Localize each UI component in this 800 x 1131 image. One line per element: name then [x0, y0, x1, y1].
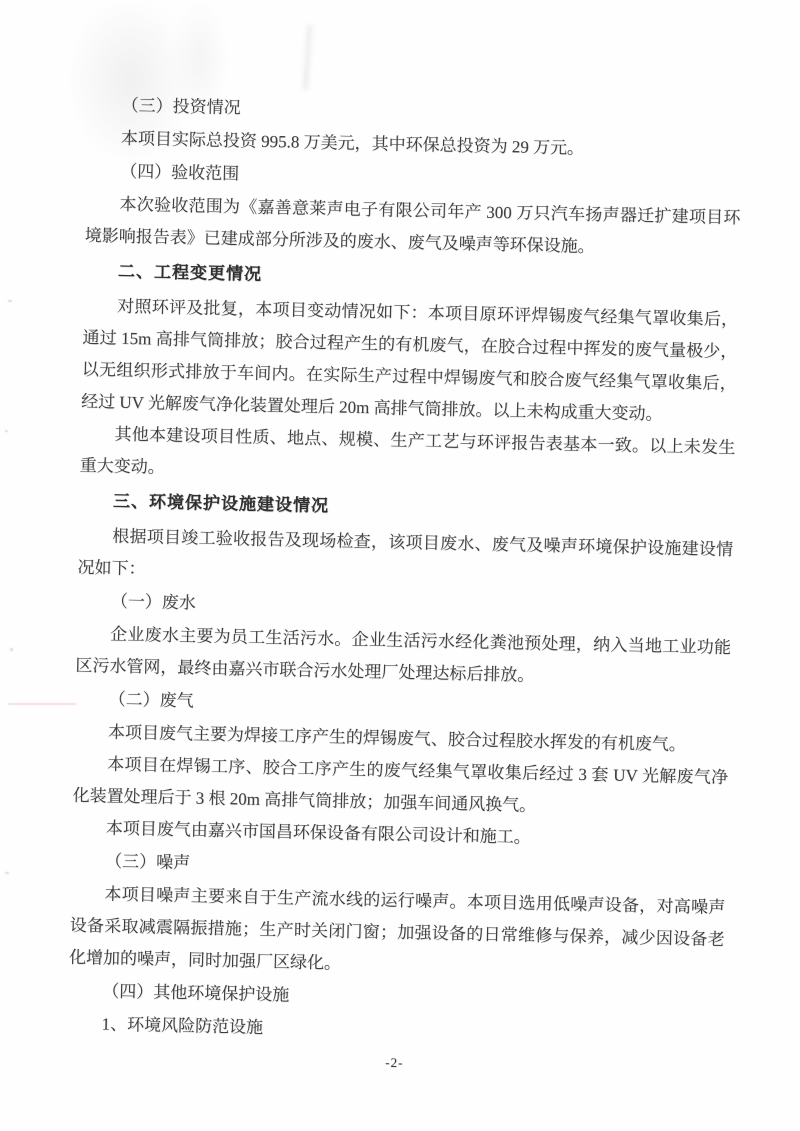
scanned-document-page: （三）投资情况 本项目实际总投资 995.8 万美元，其中环保总投资为 29 万… — [0, 0, 800, 1131]
scan-streak-artifact — [303, 25, 313, 90]
scan-speck-artifact — [8, 300, 12, 302]
noise-paragraph: 本项目噪声主要来自于生产流水线的运行噪声。本项目选用低噪声设备，对高噪声设备采取… — [69, 878, 726, 988]
scan-speck-artifact — [5, 430, 8, 432]
scan-speck-artifact — [5, 872, 9, 874]
acceptance-scope-paragraph: 本次验收范围为《嘉善意莱声电子有限公司年产 300 万只汽车扬声器迁扩建项目环境… — [84, 188, 740, 266]
document-body: （三）投资情况 本项目实际总投资 995.8 万美元，其中环保总投资为 29 万… — [67, 88, 743, 1086]
project-changes-paragraph-2: 其他本建设项目性质、地点、规模、生产工艺与环评报告表基本一致。以上未发生重大变动… — [79, 418, 735, 496]
scan-speck-artifact — [10, 648, 13, 651]
project-changes-paragraph-1: 对照环评及批复，本项目变动情况如下：本项目原环评焊锡废气经集气罩收集后，通过 1… — [81, 290, 739, 432]
scan-pink-line-artifact — [8, 703, 76, 705]
